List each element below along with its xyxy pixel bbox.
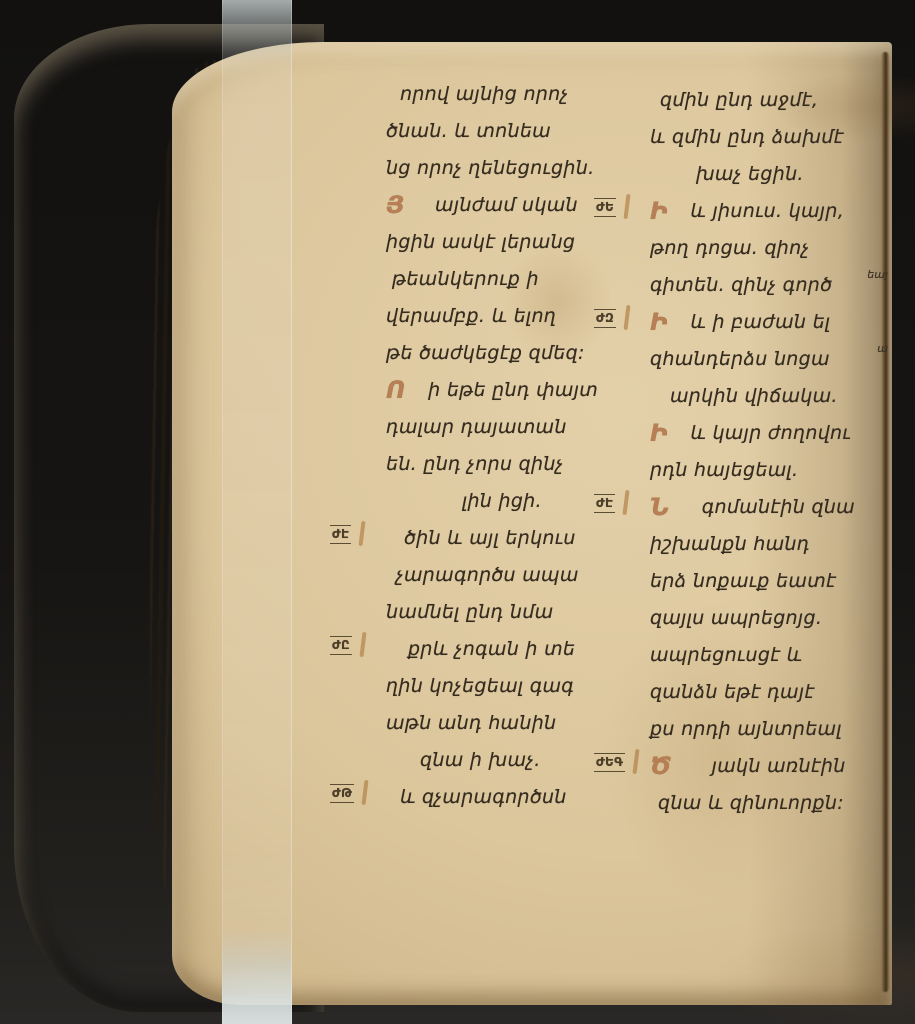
manuscript-line: որով այնից որոչ <box>386 76 642 113</box>
manuscript-line: Ի և կայր ժողովու <box>650 415 892 452</box>
rubric-initial: Յ <box>386 191 405 219</box>
manuscript-line: ԺԷ Ն գոմանէին զնա <box>650 489 892 526</box>
manuscript-line: քս որդի այնտրեալ <box>650 711 892 748</box>
manuscript-line: թե ծաժկեցէք զմեզ: <box>386 335 642 372</box>
rubric-initial: Ի <box>650 308 668 336</box>
margin-number: ԺԹ <box>330 784 354 803</box>
manuscript-line: ծնան. և տոնեա <box>386 113 642 150</box>
line-text: այնժամ սկան <box>419 187 578 224</box>
margin-number: ԺԵԳ <box>594 753 625 772</box>
manuscript-line: ԺԸ քրև չոգան ի տե <box>386 631 642 668</box>
line-text: են. ընդ չորս զինչ <box>386 446 564 483</box>
line-text: յակն առնէին <box>686 748 846 785</box>
manuscript-photo: որով այնից որոչ ծնան. և տոնեա նց որոչ ղե… <box>0 0 915 1024</box>
line-text: զնա և զինուորքն: <box>650 785 844 822</box>
line-text: դալար դայատան <box>386 409 567 446</box>
manuscript-line: խաչ եցին. <box>650 156 892 193</box>
manuscript-line: Ո ի եթե ընդ փայտ <box>386 372 642 409</box>
line-text: զհանդերձս նոցա <box>650 341 830 378</box>
line-text: աթն անդ հանին <box>386 705 556 742</box>
manuscript-line: նամնել ընդ նմա <box>386 594 642 631</box>
margin-number: ԺԵ <box>594 198 616 217</box>
superscript-note: եայ <box>867 256 888 293</box>
facing-page-edge <box>889 50 915 992</box>
line-text: թող դոցա. զիոչ <box>650 230 809 267</box>
line-text: վերամբք. և ելող <box>386 298 556 335</box>
manuscript-line: և զմին ընդ ձախմէ <box>650 119 892 156</box>
rubric-initial: Ի <box>650 197 668 225</box>
line-text: նամնել ընդ նմա <box>386 594 553 631</box>
manuscript-line: զանձն եթէ դայէ <box>650 674 892 711</box>
line-text: իշխանքն հանդ <box>650 526 810 563</box>
line-text: ծին և այլ երկուս <box>386 520 576 557</box>
text-column-right: զմին ընդ աջմէ, և զմին ընդ ձախմէ խաչ եցին… <box>650 82 892 822</box>
manuscript-line: չարագործս ապա <box>386 557 642 594</box>
line-text: լին իցի. <box>386 483 542 520</box>
line-text: զնա ի խաչ. <box>386 742 541 779</box>
line-text: զմին ընդ աջմէ, <box>650 82 818 119</box>
margin-number: ԺԸ <box>330 636 352 655</box>
line-text: ի եթե ընդ փայտ <box>420 372 598 409</box>
line-text: և ի բաժան ել <box>682 304 830 341</box>
line-text: խաչ եցին. <box>650 156 804 193</box>
manuscript-line: դալար դայատան <box>386 409 642 446</box>
line-text: ծնան. և տոնեա <box>386 113 551 150</box>
margin-number: ԺԶ <box>594 309 616 328</box>
manuscript-line: թեանկերուք ի <box>386 261 642 298</box>
manuscript-line: իցին ասկէ լերանց <box>386 224 642 261</box>
line-text: րդն հայեցեալ. <box>650 452 798 489</box>
line-text: իցին ասկէ լերանց <box>386 224 575 261</box>
manuscript-line: են. ընդ չորս զինչ <box>386 446 642 483</box>
rubric-initial: Ն <box>650 493 669 521</box>
manuscript-line: արկին վիճակա. <box>650 378 892 415</box>
margin-number: ԺԷ <box>330 525 351 544</box>
manuscript-line: զմին ընդ աջմէ, <box>650 82 892 119</box>
manuscript-line: գիտեն. զինչ գործ եայ <box>650 267 892 304</box>
manuscript-line: աթն անդ հանին <box>386 705 642 742</box>
line-text: որով այնից որոչ <box>386 76 569 113</box>
line-text: նց որոչ ղենեցուցին. <box>386 150 594 187</box>
manuscript-line: ԺԷ ծին և այլ երկուս <box>386 520 642 557</box>
manuscript-line: ԺԵ Ի և յիսուս. կայր, <box>650 193 892 230</box>
line-text: և զմին ընդ ձախմէ <box>650 119 844 156</box>
manuscript-line: ԺԹ և զչարագործսն <box>386 779 642 816</box>
margin-number: ԺԷ <box>594 494 615 513</box>
rubric-initial: Ի <box>650 419 668 447</box>
line-text: գոմանէին զնա <box>684 489 855 526</box>
manuscript-line: ԺԵԳ Ծ յակն առնէին <box>650 748 892 785</box>
line-text: երձ նոքաւք եատէ <box>650 563 836 600</box>
manuscript-line: զհանդերձս նոցա ա <box>650 341 892 378</box>
manuscript-line: զնա և զինուորքն: <box>650 785 892 822</box>
manuscript-line: ԺԶ Ի և ի բաժան ել <box>650 304 892 341</box>
manuscript-line: նց որոչ ղենեցուցին. <box>386 150 642 187</box>
superscript-note: ա <box>877 330 888 367</box>
manuscript-line: թող դոցա. զիոչ <box>650 230 892 267</box>
line-text: թեանկերուք ի <box>386 261 539 298</box>
manuscript-line: ղին կոչեցեալ գագ <box>386 668 642 705</box>
manuscript-line: իշխանքն հանդ <box>650 526 892 563</box>
line-text: չարագործս ապա <box>386 557 579 594</box>
line-text: արկին վիճակա. <box>650 378 838 415</box>
text-column-left: որով այնից որոչ ծնան. և տոնեա նց որոչ ղե… <box>386 76 642 816</box>
line-text: և զչարագործսն <box>386 779 567 816</box>
manuscript-line: երձ նոքաւք եատէ <box>650 563 892 600</box>
manuscript-line: րդն հայեցեալ. <box>650 452 892 489</box>
line-text: գիտեն. զինչ գործ <box>650 267 832 304</box>
manuscript-line: զայլս ապրեցոյց. <box>650 600 892 637</box>
line-text: քրև չոգան ի տե <box>386 631 575 668</box>
rubric-initial: Ծ <box>650 752 671 780</box>
line-text: և յիսուս. կայր, <box>682 193 844 230</box>
manuscript-line: ապրեցուսցէ և <box>650 637 892 674</box>
line-text: զանձն եթէ դայէ <box>650 674 815 711</box>
rubric-initial: Ո <box>386 376 406 404</box>
line-text: թե ծաժկեցէք զմեզ: <box>386 335 585 372</box>
line-text: ղին կոչեցեալ գագ <box>386 668 574 705</box>
line-text: և կայր ժողովու <box>682 415 851 452</box>
conservation-strap <box>222 0 292 1024</box>
line-text: զայլս ապրեցոյց. <box>650 600 822 637</box>
line-text: քս որդի այնտրեալ <box>650 711 842 748</box>
line-text: ապրեցուսցէ և <box>650 637 802 674</box>
